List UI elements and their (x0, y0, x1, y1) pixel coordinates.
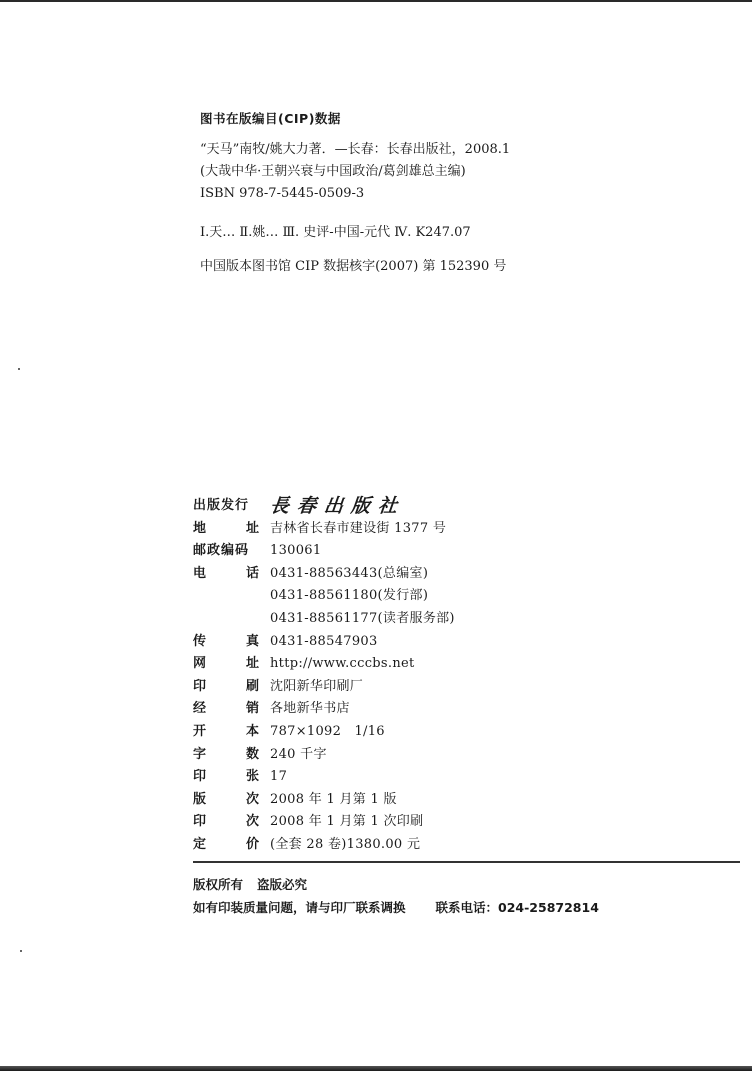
scan-bottom-edge (0, 1066, 752, 1071)
scan-speck (20, 950, 22, 952)
publisher-logo: 長春出版社 (269, 495, 406, 518)
label-char: 印 (193, 676, 206, 699)
imprint-row-printer: 印 刷 沈阳新华印刷厂 (193, 676, 455, 699)
label-char: 开 (193, 721, 206, 744)
imprint-table: 出版发行 長春出版社 地 址 吉林省长春市建设街 1377 号 邮政编码 130… (193, 495, 455, 857)
imprint-row-price: 定 价 (全套 28 卷)1380.00 元 (193, 834, 455, 857)
label-char: 地 (193, 518, 206, 541)
label-char: 址 (246, 518, 259, 541)
contact-phone: 024-25872814 (498, 900, 599, 915)
imprint-row-phone-3: 0431-88561177(读者服务部) (193, 608, 455, 631)
rights-reserved: 版权所有 (193, 877, 243, 892)
imprint-value: 17 (270, 766, 287, 789)
cip-data-block: 图书在版编目(CIP)数据 “天马”南牧/姚大力著．—长春：长春出版社，2008… (200, 110, 600, 278)
piracy-warning: 盗版必究 (257, 877, 307, 892)
cip-classification-line: Ⅰ.天… Ⅱ.姚… Ⅲ. 史评-中国-元代 Ⅳ. K247.07 (200, 222, 600, 244)
scan-speck (18, 368, 20, 370)
cip-series-line: (大哉中华·王朝兴衰与中国政治/葛剑雄总主编) (200, 161, 600, 183)
label-char: 价 (246, 834, 259, 857)
imprint-label: 传 真 (193, 631, 259, 654)
label-char: 话 (246, 563, 259, 586)
label-char: 数 (246, 744, 259, 767)
scan-top-edge (0, 0, 752, 2)
imprint-row-fax: 传 真 0431-88547903 (193, 631, 455, 654)
imprint-row-phone: 电 话 0431-88563443(总编室) (193, 563, 455, 586)
label-char: 电 (193, 563, 206, 586)
label-char: 网 (193, 653, 206, 676)
imprint-label: 定 价 (193, 834, 259, 857)
label-char: 定 (193, 834, 206, 857)
imprint-label: 印 张 (193, 766, 259, 789)
imprint-row-distributor: 经 销 各地新华书店 (193, 698, 455, 721)
imprint-label: 印 刷 (193, 676, 259, 699)
imprint-row-edition: 版 次 2008 年 1 月第 1 版 (193, 789, 455, 812)
imprint-row-printing: 印 次 2008 年 1 月第 1 次印刷 (193, 811, 455, 834)
imprint-value: 0431-88563443(总编室) (270, 563, 428, 586)
copyright-line: 版权所有盗版必究 (193, 873, 599, 896)
imprint-row-word-count: 字 数 240 千字 (193, 744, 455, 767)
label-text: 邮政编码 (193, 540, 249, 563)
label-char: 真 (246, 631, 259, 654)
imprint-value: (全套 28 卷)1380.00 元 (270, 834, 420, 857)
imprint-value: 沈阳新华印刷厂 (270, 676, 363, 699)
imprint-label: 出版发行 (193, 495, 259, 518)
label-char: 经 (193, 698, 206, 721)
copyright-block: 版权所有盗版必究 如有印装质量问题，请与印厂联系调换联系电话：024-25872… (193, 873, 599, 919)
imprint-label: 印 次 (193, 811, 259, 834)
label-char: 址 (246, 653, 259, 676)
imprint-value: 0431-88547903 (270, 631, 378, 654)
imprint-row-sheets: 印 张 17 (193, 766, 455, 789)
imprint-value: 787×1092 1/16 (270, 721, 385, 744)
imprint-row-format: 开 本 787×1092 1/16 (193, 721, 455, 744)
publisher-label: 出版发行 (193, 495, 249, 518)
imprint-row-website: 网 址 http://www.cccbs.net (193, 653, 455, 676)
imprint-row-address: 地 址 吉林省长春市建设街 1377 号 (193, 518, 455, 541)
imprint-row-phone-2: 0431-88561180(发行部) (193, 585, 455, 608)
imprint-label: 经 销 (193, 698, 259, 721)
label-char: 印 (193, 766, 206, 789)
label-char: 张 (246, 766, 259, 789)
imprint-label: 地 址 (193, 518, 259, 541)
imprint-row-postcode: 邮政编码 130061 (193, 540, 455, 563)
label-char: 版 (193, 789, 206, 812)
imprint-value: 吉林省长春市建设街 1377 号 (270, 518, 446, 541)
imprint-value: 0431-88561177(读者服务部) (270, 608, 455, 631)
imprint-label: 版 次 (193, 789, 259, 812)
imprint-value: 2008 年 1 月第 1 次印刷 (270, 811, 423, 834)
imprint-label: 电 话 (193, 563, 259, 586)
cip-isbn-line: ISBN 978-7-5445-0509-3 (200, 183, 600, 205)
imprint-value: 240 千字 (270, 744, 327, 767)
label-char: 刷 (246, 676, 259, 699)
imprint-value: 2008 年 1 月第 1 版 (270, 789, 397, 812)
cip-record-number-line: 中国版本图书馆 CIP 数据核字(2007) 第 152390 号 (200, 256, 600, 278)
quality-notice-line: 如有印装质量问题，请与印厂联系调换联系电话：024-25872814 (193, 896, 599, 919)
imprint-label: 网 址 (193, 653, 259, 676)
label-char: 次 (246, 811, 259, 834)
label-char: 本 (246, 721, 259, 744)
label-char: 传 (193, 631, 206, 654)
cip-bibliographic-line: “天马”南牧/姚大力著．—长春：长春出版社，2008.1 (200, 139, 600, 161)
imprint-value-website: http://www.cccbs.net (270, 653, 415, 676)
imprint-label: 字 数 (193, 744, 259, 767)
quality-notice: 如有印装质量问题，请与印厂联系调换 (193, 900, 406, 915)
label-char: 印 (193, 811, 206, 834)
label-char: 销 (246, 698, 259, 721)
cip-title: 图书在版编目(CIP)数据 (200, 110, 600, 128)
imprint-value: 0431-88561180(发行部) (270, 585, 428, 608)
contact-label: 联系电话： (436, 900, 499, 915)
imprint-value: 130061 (270, 540, 321, 563)
imprint-label: 开 本 (193, 721, 259, 744)
imprint-row-publisher: 出版发行 長春出版社 (193, 495, 455, 518)
divider-rule (193, 861, 740, 863)
imprint-label: 邮政编码 (193, 540, 259, 563)
label-char: 次 (246, 789, 259, 812)
imprint-value: 各地新华书店 (270, 698, 350, 721)
label-char: 字 (193, 744, 206, 767)
